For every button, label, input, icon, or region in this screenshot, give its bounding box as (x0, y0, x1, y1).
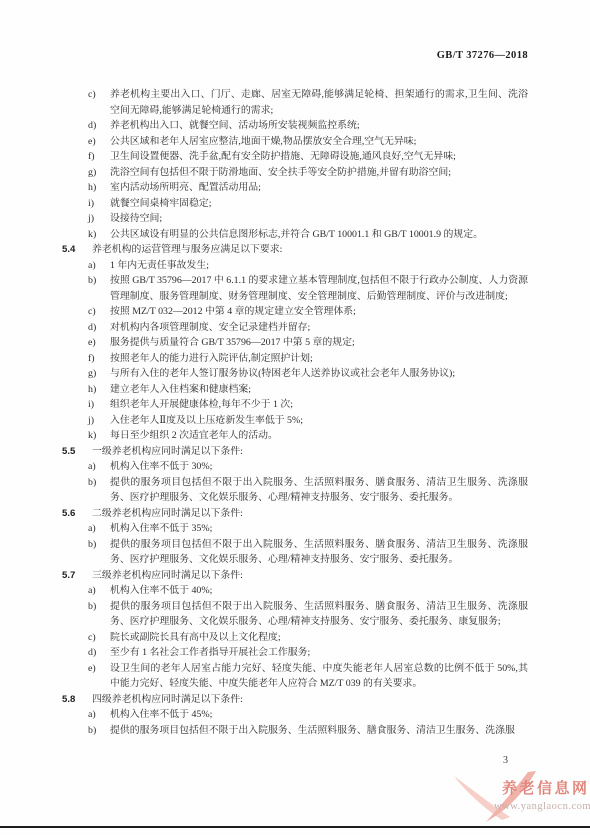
clause-5.5: 5.5 一级养老机构应同时满足以下条件: (62, 444, 528, 460)
block-text: 每日至少组织 2 次适宜老年人的活动。 (110, 428, 528, 444)
block-label: d) (88, 645, 96, 661)
block-text: 按照 GB/T 35796—2017 中 6.1.1 的要求建立基本管理制度,包… (110, 273, 528, 304)
block-text: 组织老年人开展健康体检,每年不少于 1 次; (110, 397, 528, 413)
block-label: k) (88, 428, 96, 444)
block-label: b) (88, 723, 96, 739)
list-item-a: a) 1 年内无责任事故发生; (62, 258, 528, 274)
block-label: c) (88, 630, 96, 646)
block-text: 与所有入住的老年人签订服务协议(特困老年人送养协议或社会老年人服务协议); (110, 366, 528, 382)
list-item-b: b) 提供的服务项目包括但不限于出入院服务、生活照料服务、膳食服务、清洁卫生服务… (62, 723, 528, 739)
list-item-b: b) 按照 GB/T 35796—2017 中 6.1.1 的要求建立基本管理制… (62, 273, 528, 304)
block-text: 养老机构出入口、就餐空间、活动场所安装视频监控系统; (110, 118, 528, 134)
list-item-f: f) 按照老年人的能力进行入院评估,制定照护计划; (62, 351, 528, 367)
block-text: 机构入住率不低于 45%; (110, 707, 528, 723)
block-label: d) (88, 320, 96, 336)
block-text: 至少有 1 名社会工作者指导开展社会工作服务; (110, 645, 528, 661)
list-item-g: g) 洗浴空间有包括但不限于防滑地面、安全扶手等安全防护措施,并留有助浴空间; (62, 165, 528, 181)
clause-5.7: 5.7 三级养老机构应同时满足以下条件: (62, 568, 528, 584)
block-label: a) (88, 521, 96, 537)
block-text: 室内活动场所明亮、配置活动用品; (110, 180, 528, 196)
block-label: 5.7 (62, 568, 75, 584)
list-item-a: a) 机构入住率不低于 30%; (62, 459, 528, 475)
block-label: g) (88, 366, 96, 382)
block-label: b) (88, 537, 96, 553)
block-label: h) (88, 382, 96, 398)
block-label: b) (88, 273, 96, 289)
block-text: 提供的服务项目包括但不限于出入院服务、生活照料服务、膳食服务、清洁卫生服务、洗涤… (110, 723, 528, 739)
block-text: 设卫生间的老年人居室占能力完好、轻度失能、中度失能老年人居室总数的比例不低于 5… (110, 661, 528, 692)
block-text: 提供的服务项目包括但不限于出入院服务、生活照料服务、膳食服务、清洁卫生服务、洗涤… (110, 599, 528, 630)
block-label: b) (88, 475, 96, 491)
standard-number-header: GB/T 37276—2018 (437, 50, 528, 61)
block-text: 就餐空间桌椅牢固稳定; (110, 196, 528, 212)
page-bottom-rule (0, 826, 590, 828)
block-label: e) (88, 335, 96, 351)
block-text: 公共区域设有明显的公共信息图形标志,并符合 GB/T 10001.1 和 GB/… (110, 227, 528, 243)
list-item-e: e) 服务提供与质量符合 GB/T 35796—2017 中第 5 章的规定; (62, 335, 528, 351)
list-item-f: f) 卫生间设置便器、洗手盆,配有安全防护措施、无障碍设施,通风良好,空气无异味… (62, 149, 528, 165)
list-item-d: d) 对机构内各项管理制度、安全记录建档并留存; (62, 320, 528, 336)
block-text: 按照老年人的能力进行入院评估,制定照护计划; (110, 351, 528, 367)
block-text: 卫生间设置便器、洗手盆,配有安全防护措施、无障碍设施,通风良好,空气无异味; (110, 149, 528, 165)
list-item-k: k) 公共区域设有明显的公共信息图形标志,并符合 GB/T 10001.1 和 … (62, 227, 528, 243)
list-item-b: b) 提供的服务项目包括但不限于出入院服务、生活照料服务、膳食服务、清洁卫生服务… (62, 599, 528, 630)
block-text: 按照 MZ/T 032—2012 中第 4 章的规定建立安全管理体系; (110, 304, 528, 320)
block-text: 养老机构的运营管理与服务应满足以下要求: (92, 242, 528, 258)
list-item-k: k) 每日至少组织 2 次适宜老年人的活动。 (62, 428, 528, 444)
block-label: h) (88, 180, 96, 196)
list-item-d: d) 至少有 1 名社会工作者指导开展社会工作服务; (62, 645, 528, 661)
block-label: i) (88, 397, 94, 413)
block-text: 提供的服务项目包括但不限于出入院服务、生活照料服务、膳食服务、清洁卫生服务、洗涤… (110, 475, 528, 506)
clause-5.8: 5.8 四级养老机构应同时满足以下条件: (62, 692, 528, 708)
block-label: a) (88, 459, 96, 475)
list-item-b: b) 提供的服务项目包括但不限于出入院服务、生活照料服务、膳食服务、清洁卫生服务… (62, 475, 528, 506)
block-text: 三级养老机构应同时满足以下条件: (92, 568, 528, 584)
page-number: 3 (503, 755, 508, 766)
block-text: 养老机构主要出入口、门厅、走廊、居室无障碍,能够满足轮椅、担架通行的需求,卫生间… (110, 87, 528, 118)
block-label: a) (88, 707, 96, 723)
block-label: 5.4 (62, 242, 75, 258)
block-text: 一级养老机构应同时满足以下条件: (92, 444, 528, 460)
list-item-e: e) 设卫生间的老年人居室占能力完好、轻度失能、中度失能老年人居室总数的比例不低… (62, 661, 528, 692)
block-label: f) (88, 351, 95, 367)
list-item-c: c) 养老机构主要出入口、门厅、走廊、居室无障碍,能够满足轮椅、担架通行的需求,… (62, 87, 528, 118)
list-item-a: a) 机构入住率不低于 45%; (62, 707, 528, 723)
block-text: 提供的服务项目包括但不限于出入院服务、生活照料服务、膳食服务、清洁卫生服务、洗涤… (110, 537, 528, 568)
block-label: 5.8 (62, 692, 75, 708)
block-text: 1 年内无责任事故发生; (110, 258, 528, 274)
block-text: 二级养老机构应同时满足以下条件: (92, 506, 528, 522)
block-label: j) (88, 413, 94, 429)
block-text: 服务提供与质量符合 GB/T 35796—2017 中第 5 章的规定; (110, 335, 528, 351)
block-label: c) (88, 304, 96, 320)
list-item-c: c) 按照 MZ/T 032—2012 中第 4 章的规定建立安全管理体系; (62, 304, 528, 320)
block-label: d) (88, 118, 96, 134)
list-item-h: h) 室内活动场所明亮、配置活动用品; (62, 180, 528, 196)
list-item-i: i) 就餐空间桌椅牢固稳定; (62, 196, 528, 212)
list-item-b: b) 提供的服务项目包括但不限于出入院服务、生活照料服务、膳食服务、清洁卫生服务… (62, 537, 528, 568)
list-item-h: h) 建立老年人入住档案和健康档案; (62, 382, 528, 398)
block-label: a) (88, 258, 96, 274)
block-text: 院长或副院长具有高中及以上文化程度; (110, 630, 528, 646)
list-item-i: i) 组织老年人开展健康体检,每年不少于 1 次; (62, 397, 528, 413)
block-text: 机构入住率不低于 35%; (110, 521, 528, 537)
block-label: 5.6 (62, 506, 75, 522)
block-label: g) (88, 165, 96, 181)
clause-5.6: 5.6 二级养老机构应同时满足以下条件: (62, 506, 528, 522)
block-label: e) (88, 134, 96, 150)
watermark-site-name: 养老信息网 (502, 777, 590, 798)
watermark-site-url: www.yanglaocn.com (494, 801, 590, 812)
list-item-d: d) 养老机构出入口、就餐空间、活动场所安装视频监控系统; (62, 118, 528, 134)
list-item-j: j) 设接待空间; (62, 211, 528, 227)
list-item-g: g) 与所有入住的老年人签订服务协议(特困老年人送养协议或社会老年人服务协议); (62, 366, 528, 382)
watermark: 养老信息网 www.yanglaocn.com (452, 770, 584, 822)
block-text: 洗浴空间有包括但不限于防滑地面、安全扶手等安全防护措施,并留有助浴空间; (110, 165, 528, 181)
block-label: 5.5 (62, 444, 75, 460)
block-text: 对机构内各项管理制度、安全记录建档并留存; (110, 320, 528, 336)
block-text: 四级养老机构应同时满足以下条件: (92, 692, 528, 708)
block-text: 建立老年人入住档案和健康档案; (110, 382, 528, 398)
block-text: 设接待空间; (110, 211, 528, 227)
block-text: 机构入住率不低于 30%; (110, 459, 528, 475)
block-text: 机构入住率不低于 40%; (110, 583, 528, 599)
block-label: a) (88, 583, 96, 599)
list-item-a: a) 机构入住率不低于 40%; (62, 583, 528, 599)
block-label: k) (88, 227, 96, 243)
block-label: e) (88, 661, 96, 677)
list-item-c: c) 院长或副院长具有高中及以上文化程度; (62, 630, 528, 646)
block-text: 入住老年人Ⅱ度及以上压疮新发生率低于 5%; (110, 413, 528, 429)
block-label: i) (88, 196, 94, 212)
block-label: f) (88, 149, 95, 165)
clause-5.4: 5.4 养老机构的运营管理与服务应满足以下要求: (62, 242, 528, 258)
block-label: c) (88, 87, 96, 103)
document-body: c) 养老机构主要出入口、门厅、走廊、居室无障碍,能够满足轮椅、担架通行的需求,… (62, 87, 528, 738)
block-label: b) (88, 599, 96, 615)
list-item-j: j) 入住老年人Ⅱ度及以上压疮新发生率低于 5%; (62, 413, 528, 429)
block-label: j) (88, 211, 94, 227)
block-text: 公共区域和老年人居室应整洁,地面干燥,物品摆放安全合理,空气无异味; (110, 134, 528, 150)
document-page: GB/T 37276—2018 c) 养老机构主要出入口、门厅、走廊、居室无障碍… (0, 0, 590, 835)
list-item-e: e) 公共区域和老年人居室应整洁,地面干燥,物品摆放安全合理,空气无异味; (62, 134, 528, 150)
list-item-a: a) 机构入住率不低于 35%; (62, 521, 528, 537)
